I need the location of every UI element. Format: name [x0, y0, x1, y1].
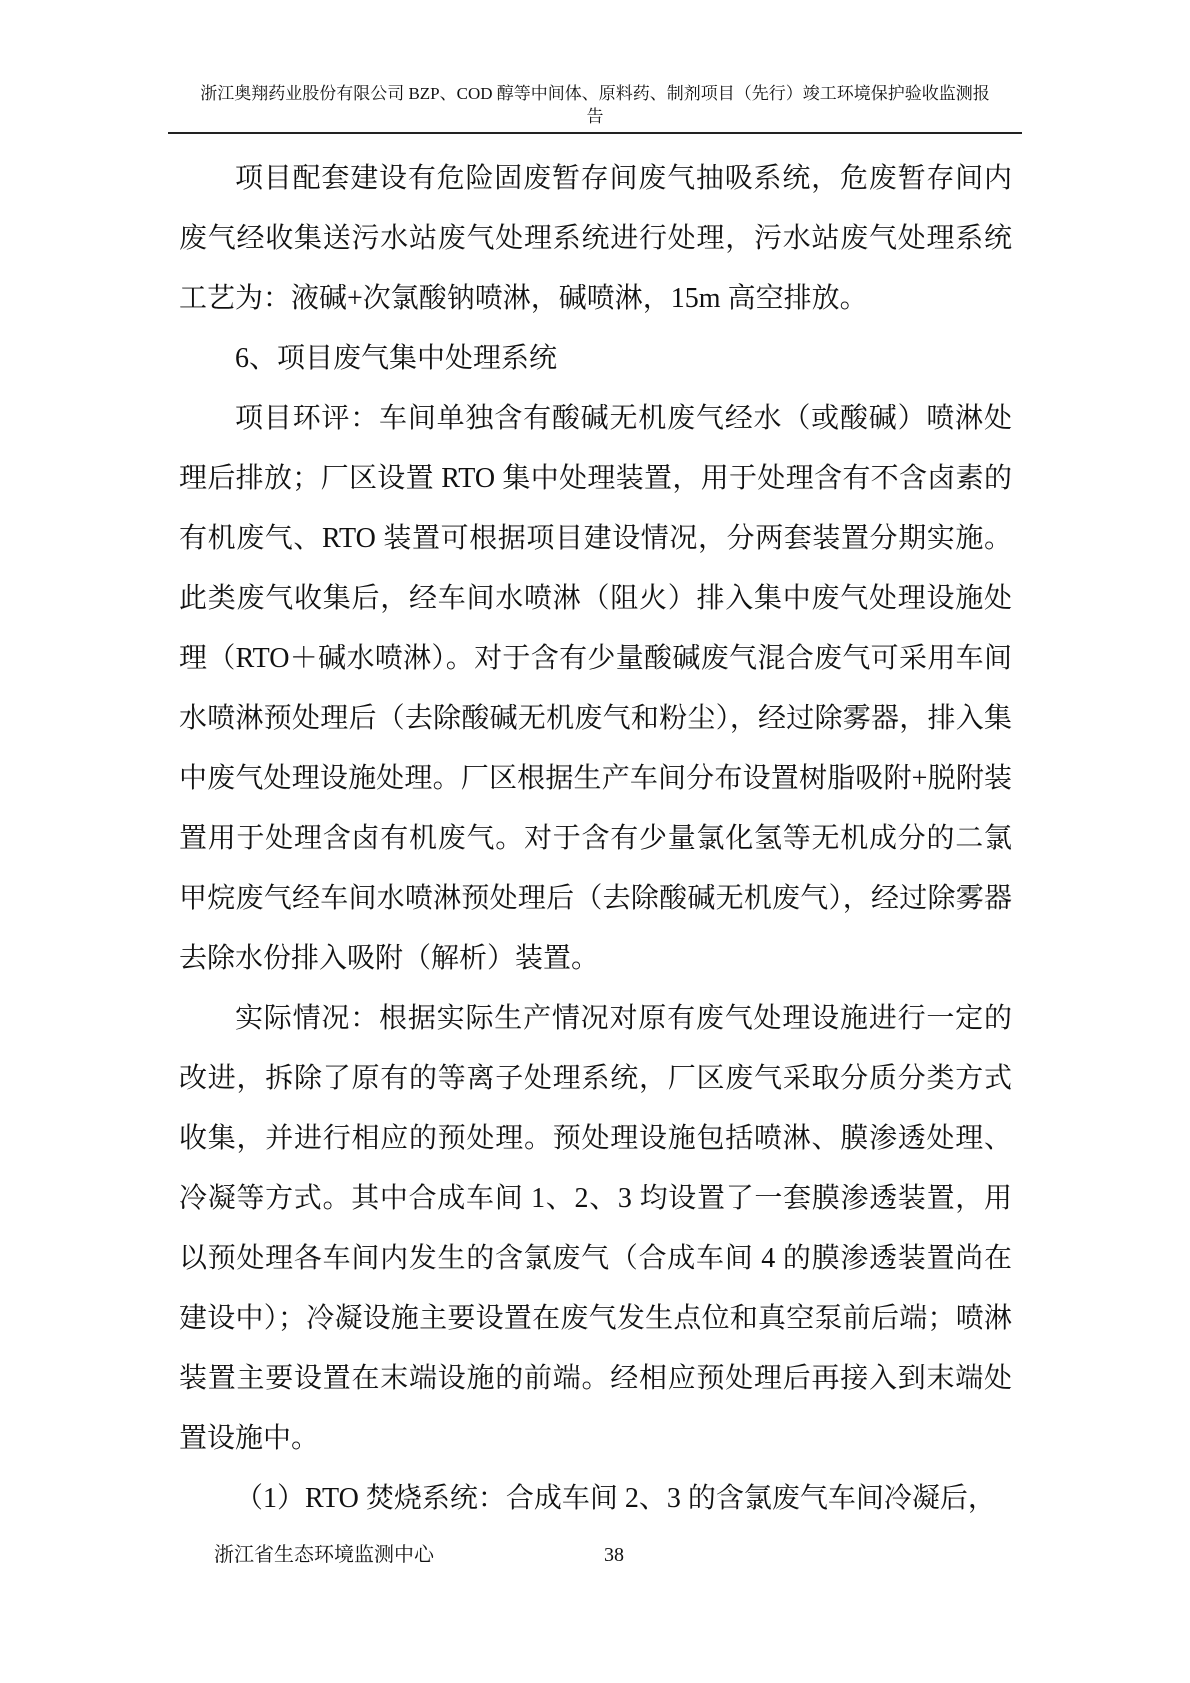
body-paragraph: 项目环评：车间单独含有酸碱无机废气经水（或酸碱）喷淋处理后排放；厂区设置 RTO… [179, 389, 1012, 989]
document-page: 浙江奥翔药业股份有限公司 BZP、COD 醇等中间体、原料药、制剂项目（先行）竣… [0, 0, 1190, 1683]
header-title-line-2: 告 [168, 105, 1022, 128]
page-footer: 浙江省生态环境监测中心 38 [0, 1541, 1190, 1571]
footer-organization: 浙江省生态环境监测中心 [214, 1541, 434, 1569]
page-number: 38 [604, 1541, 624, 1569]
body-paragraph: 项目配套建设有危险固废暂存间废气抽吸系统，危废暂存间内废气经收集送污水站废气处理… [179, 149, 1012, 329]
header-title-line-1: 浙江奥翔药业股份有限公司 BZP、COD 醇等中间体、原料药、制剂项目（先行）竣… [168, 82, 1022, 105]
body-paragraph: （1）RTO 焚烧系统：合成车间 2、3 的含氯废气车间冷凝后， [179, 1469, 1012, 1529]
document-body: 项目配套建设有危险固废暂存间废气抽吸系统，危废暂存间内废气经收集送污水站废气处理… [179, 149, 1012, 1529]
page-header: 浙江奥翔药业股份有限公司 BZP、COD 醇等中间体、原料药、制剂项目（先行）竣… [168, 82, 1022, 134]
section-heading: 6、项目废气集中处理系统 [179, 329, 1012, 389]
body-paragraph: 实际情况：根据实际生产情况对原有废气处理设施进行一定的改进，拆除了原有的等离子处… [179, 989, 1012, 1469]
